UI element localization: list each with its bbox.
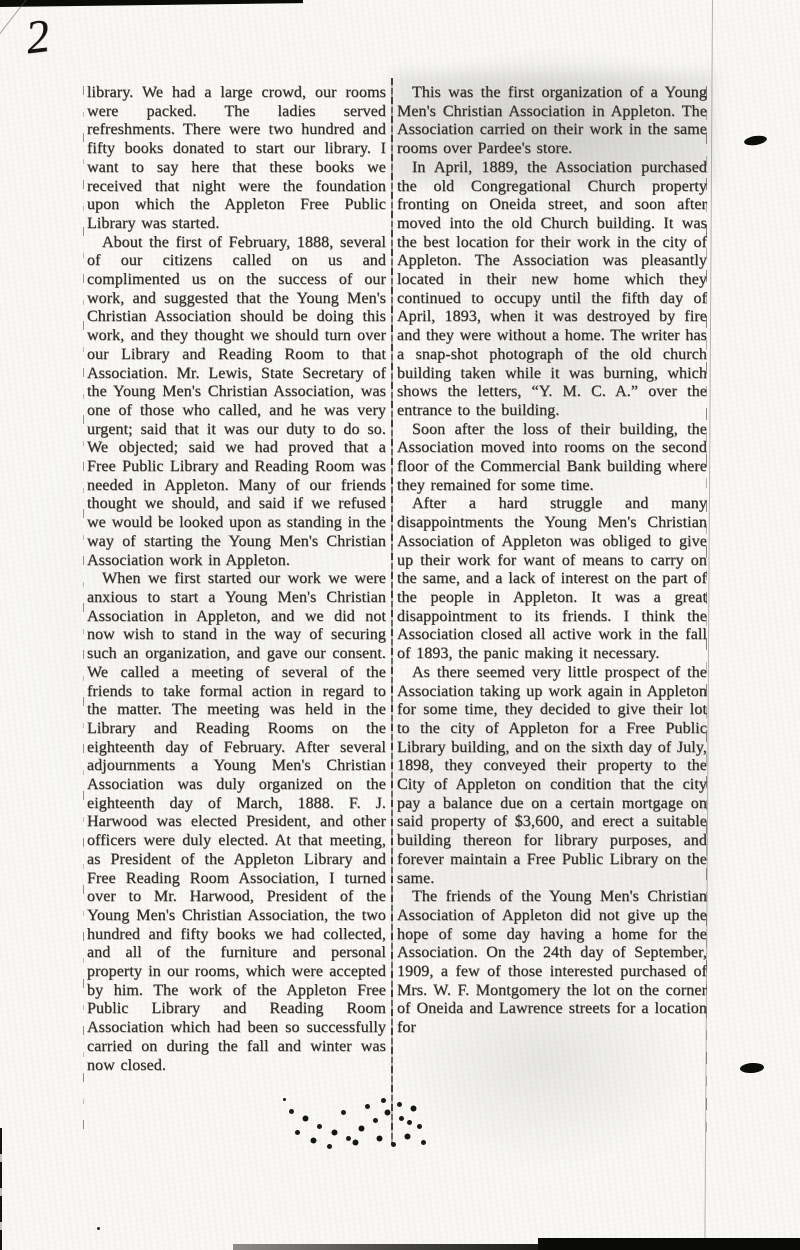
paragraph: In April, 1889, the Association purchase… — [397, 159, 707, 421]
ink-mark — [743, 134, 767, 146]
scanned-page: 2 library. We had a large crowd, our roo… — [0, 0, 800, 1250]
scan-edge-top — [0, 0, 303, 7]
handwritten-page-number: 2 — [23, 9, 53, 65]
paragraph: About the first of February, 1888, sever… — [87, 234, 386, 571]
column-divider-rule — [391, 78, 393, 1144]
scan-edge-bottom — [538, 1238, 800, 1250]
scan-edge-left — [0, 1128, 2, 1250]
speckle-cluster — [283, 1098, 286, 1101]
paragraph: After a hard struggle and many disappoin… — [397, 495, 707, 663]
paragraph: When we first started our work we were a… — [87, 570, 386, 1075]
speckle-dot — [97, 1227, 100, 1230]
left-column: library. We had a large crowd, our rooms… — [86, 84, 386, 1075]
paragraph: The friends of the Young Men's Christian… — [397, 888, 707, 1038]
ink-mark — [740, 1062, 765, 1074]
paragraph: library. We had a large crowd, our rooms… — [87, 84, 386, 234]
right-column: This was the first organization of a You… — [397, 84, 707, 1038]
paragraph: Soon after the loss of their building, t… — [397, 421, 707, 496]
paragraph: This was the first organization of a You… — [397, 84, 707, 159]
paragraph: As there seemed very little prospect of … — [397, 664, 707, 888]
clipping-edge-left — [83, 86, 84, 1136]
